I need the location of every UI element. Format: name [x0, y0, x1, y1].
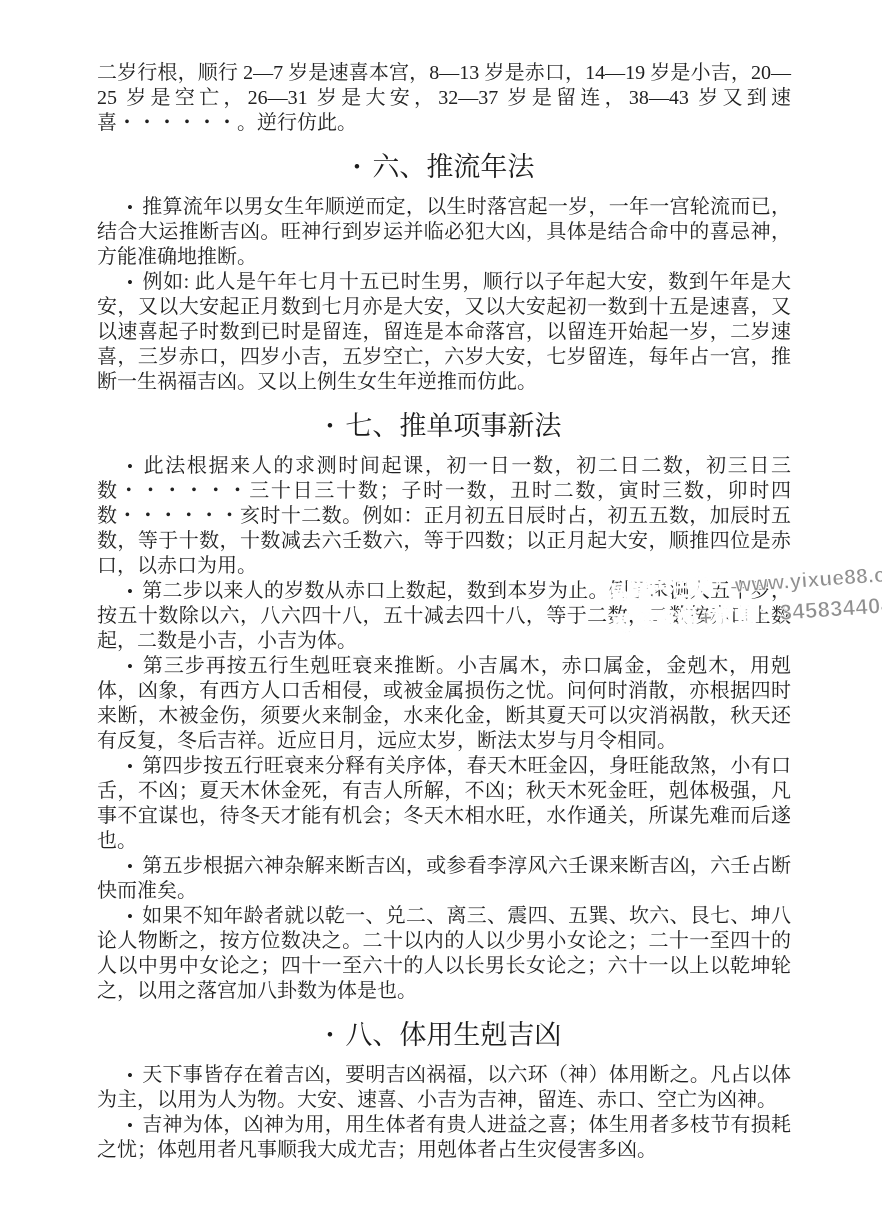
- paragraph-text: 第四步按五行旺衰来分释有关序体，春天木旺金囚，身旺能敌煞，小有口舌，不凶；夏天木…: [97, 755, 791, 852]
- list-bullet-icon: •: [127, 1066, 133, 1085]
- paragraph-text: 第三步再按五行生剋旺衰来推断。小吉属木，赤口属金，金剋木，用剋体，凶象，有西方人…: [97, 655, 791, 752]
- heading-text: 七、推单项事新法: [345, 411, 561, 441]
- paragraph-text: 第二步以来人的岁数从赤口上数起，数到本岁为止。例于求测人五十岁，按五十数除以六，…: [97, 580, 791, 652]
- paragraph-flow-year-rule: •推算流年以男女生年顺逆而定，以生时落宫起一岁，一年一宫轮流而已，结合大运推断吉…: [97, 195, 791, 270]
- list-bullet-icon: •: [127, 907, 133, 926]
- paragraph-method-step5: •第五步根据六神杂解来断吉凶，或参看李淳风六壬课来断吉凶，六壬占断快而准矣。: [97, 854, 791, 904]
- paragraph-text: 第五步根据六神杂解来断吉凶，或参看李淳风六壬课来断吉凶，六壬占断快而准矣。: [97, 855, 791, 902]
- paragraph-text: 推算流年以男女生年顺逆而定，以生时落宫起一岁，一年一宫轮流而已，结合大运推断吉凶…: [97, 196, 791, 268]
- paragraph-text: 例如: 此人是午年七月十五已时生男，顺行以子年起大安，数到午年是大安，又以大安起…: [97, 271, 791, 393]
- list-bullet-icon: •: [127, 757, 133, 776]
- paragraph-body-use-rules: •吉神为体，凶神为用，用生体者有贵人进益之喜；体生用者多枝节有损耗之忧；体剋用者…: [97, 1113, 791, 1163]
- list-bullet-icon: •: [127, 657, 133, 676]
- section-heading-6: •六、推流年法: [97, 149, 791, 186]
- paragraph-unknown-age-rule: •如果不知年龄者就以乾一、兑二、离三、震四、五巽、坎六、艮七、坤八论人物断之，按…: [97, 904, 791, 1004]
- heading-bullet-icon: •: [327, 1025, 334, 1046]
- paragraph-text: 吉神为体，凶神为用，用生体者有贵人进益之喜；体生用者多枝节有损耗之忧；体剋用者凡…: [97, 1114, 791, 1161]
- paragraph-text: 二岁行根，顺行 2—7 岁是速喜本宫，8—13 岁是赤口，14—19 岁是小吉，…: [97, 62, 791, 134]
- paragraph-text: 此法根据来人的求测时间起课，初一日一数，初二日二数，初三日三数・・・・・・三十日…: [97, 455, 791, 577]
- paragraph-body-use-intro: •天下事皆存在着吉凶，要明吉凶祸福，以六环（神）体用断之。凡占以体为主，以用为人…: [97, 1063, 791, 1113]
- paragraph-method-step1: •此法根据来人的求测时间起课，初一日一数，初二日二数，初三日三数・・・・・・三十…: [97, 454, 791, 579]
- list-bullet-icon: •: [127, 1116, 133, 1135]
- paragraph-text: 如果不知年龄者就以乾一、兑二、离三、震四、五巽、坎六、艮七、坤八论人物断之，按方…: [97, 905, 791, 1002]
- heading-text: 八、体用生剋吉凶: [345, 1020, 561, 1050]
- section-heading-8: •八、体用生剋吉凶: [97, 1017, 791, 1054]
- list-bullet-icon: •: [127, 857, 133, 876]
- document-page: 二岁行根，顺行 2—7 岁是速喜本宫，8—13 岁是赤口，14—19 岁是小吉，…: [0, 0, 882, 1228]
- list-bullet-icon: •: [127, 273, 133, 292]
- list-bullet-icon: •: [127, 457, 133, 476]
- heading-bullet-icon: •: [327, 416, 334, 437]
- list-bullet-icon: •: [127, 582, 133, 601]
- continuation-paragraph: 二岁行根，顺行 2—7 岁是速喜本宫，8—13 岁是赤口，14—19 岁是小吉，…: [97, 61, 791, 136]
- heading-text: 六、推流年法: [372, 152, 534, 182]
- paragraph-method-step4: •第四步按五行旺衰来分释有关序体，春天木旺金囚，身旺能敌煞，小有口舌，不凶；夏天…: [97, 754, 791, 854]
- section-heading-7: •七、推单项事新法: [97, 408, 791, 445]
- heading-bullet-icon: •: [354, 157, 361, 178]
- paragraph-method-step3: •第三步再按五行生剋旺衰来推断。小吉属木，赤口属金，金剋木，用剋体，凶象，有西方…: [97, 654, 791, 754]
- paragraph-text: 天下事皆存在着吉凶，要明吉凶祸福，以六环（神）体用断之。凡占以体为主，以用为人为…: [97, 1064, 791, 1111]
- paragraph-method-step2: •第二步以来人的岁数从赤口上数起，数到本岁为止。例于求测人五十岁，按五十数除以六…: [97, 579, 791, 654]
- list-bullet-icon: •: [127, 198, 133, 217]
- document-body: 二岁行根，顺行 2—7 岁是速喜本宫，8—13 岁是赤口，14—19 岁是小吉，…: [97, 61, 791, 1163]
- paragraph-flow-year-example: •例如: 此人是午年七月十五已时生男，顺行以子年起大安，数到午年是大安，又以大安…: [97, 270, 791, 395]
